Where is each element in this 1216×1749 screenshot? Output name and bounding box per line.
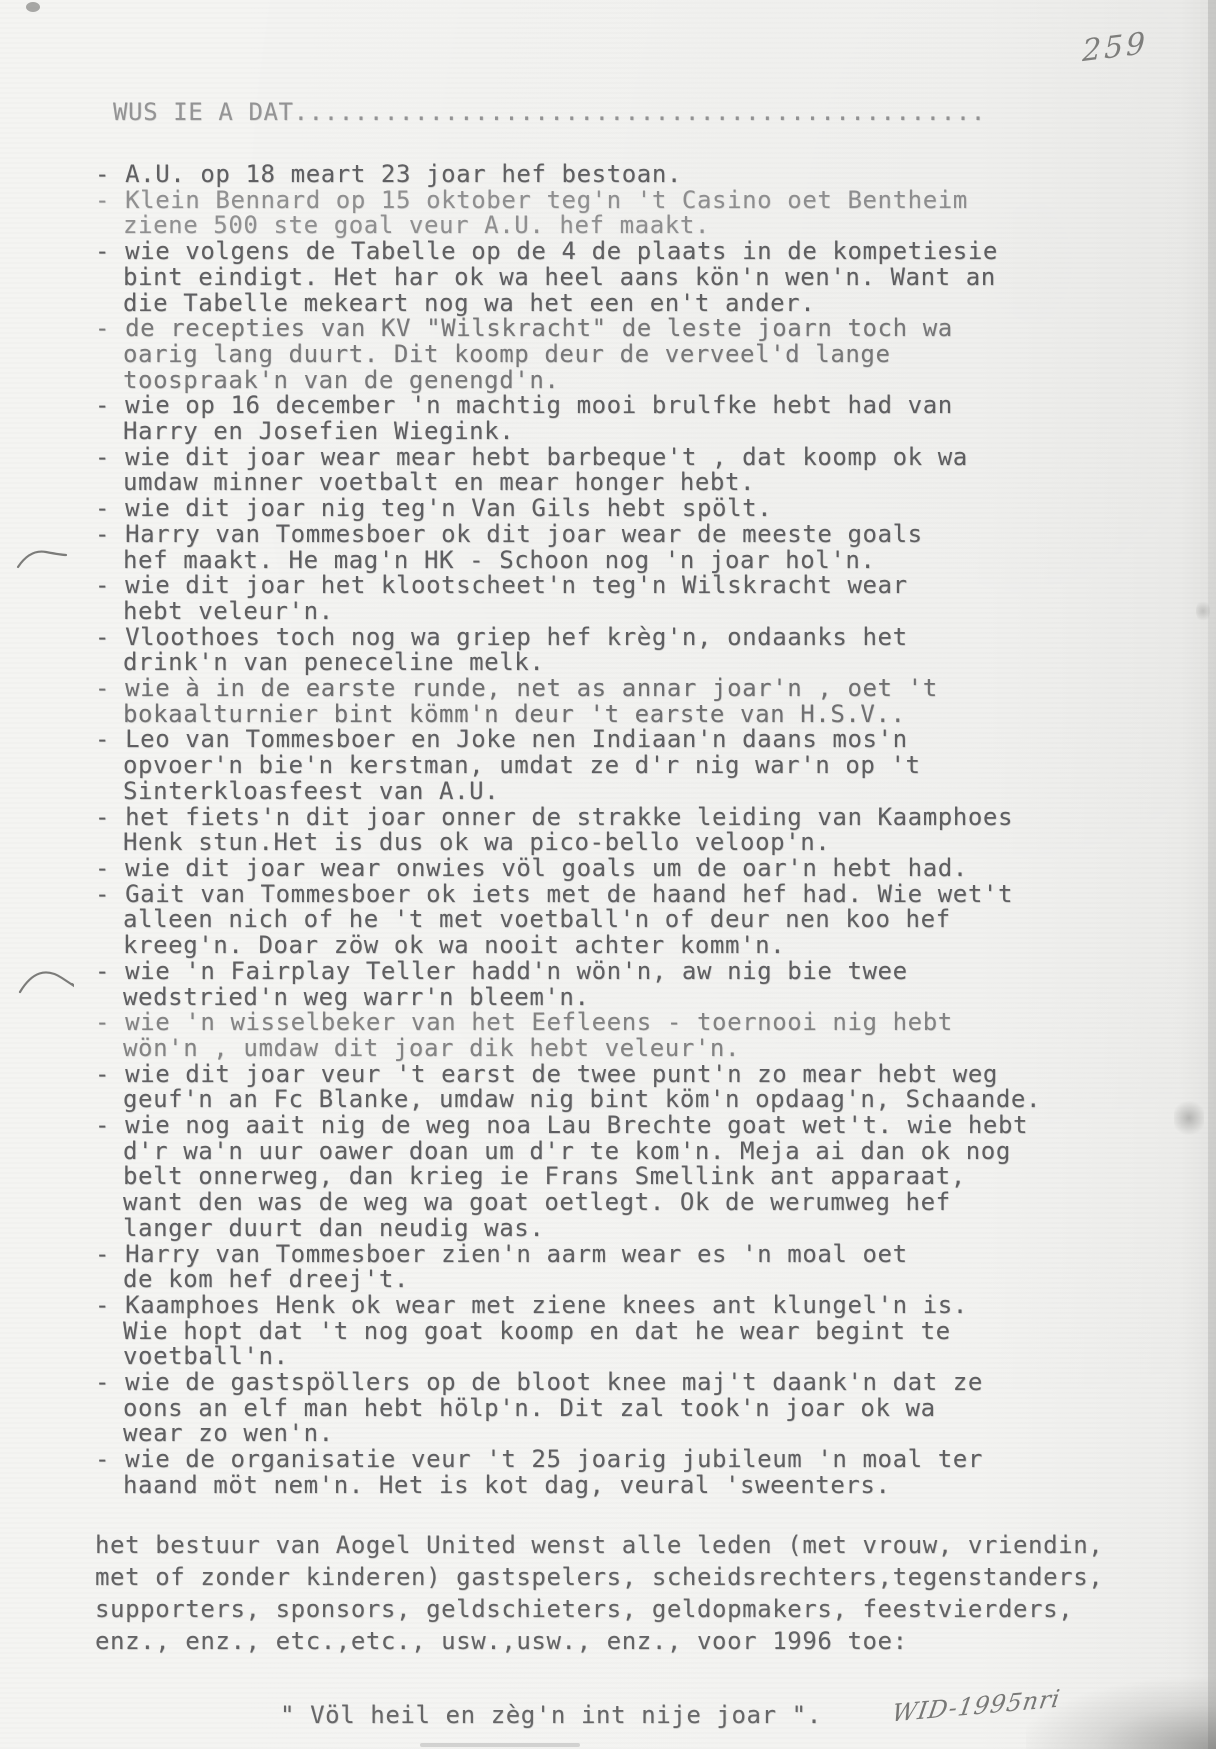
list-item: - wie dit joar wear onwies völ goals um … (95, 856, 1180, 882)
list-item: - Kaamphoes Henk ok wear met ziene knees… (95, 1293, 1180, 1370)
list-item: - Harry van Tommesboer zien'n aarm wear … (95, 1242, 1180, 1293)
closing-paragraph: het bestuur van Aogel United wenst alle … (95, 1529, 1180, 1657)
list-item: - wie à in de earste runde, net as annar… (95, 676, 1180, 727)
list-item: - wie dit joar wear mear hebt barbeque't… (95, 445, 1180, 496)
list-item: - Harry van Tommesboer ok dit joar wear … (95, 522, 1180, 573)
list-item: - wie 'n Fairplay Teller hadd'n wön'n, a… (95, 959, 1180, 1010)
pen-mark-curve-1 (16, 545, 68, 573)
document-title: WUS IE A DAT............................… (113, 98, 1180, 126)
list-item: - wie nog aait nig de weg noa Lau Brecht… (95, 1113, 1180, 1242)
list-item: - wie op 16 december 'n machtig mooi bru… (95, 393, 1180, 444)
scan-artifact-blob-small (1196, 600, 1210, 622)
list-item: - Gait van Tommesboer ok iets met de haa… (95, 882, 1180, 959)
list-item: - het fiets'n dit joar onner de strakke … (95, 805, 1180, 856)
scan-edge-shadow (1208, 0, 1216, 1749)
list-item: - wie dit joar het klootscheet'n teg'n W… (95, 573, 1180, 624)
handwritten-page-number: 259 (1082, 26, 1148, 69)
scanned-document-page: 259 WUS IE A DAT........................… (0, 0, 1216, 1749)
list-item: - Leo van Tommesboer en Joke nen Indiaan… (95, 727, 1180, 804)
scan-artifact-bottom (420, 1743, 580, 1747)
pen-mark-curve-2 (18, 966, 74, 996)
list-item: - Klein Bennard op 15 oktober teg'n 't C… (95, 188, 1180, 239)
list-item: - wie 'n wisselbeker van het Eefleens - … (95, 1010, 1180, 1061)
typewritten-text-block: WUS IE A DAT............................… (95, 98, 1180, 1729)
fact-list: - A.U. op 18 meart 23 joar hef bestoan.-… (95, 162, 1180, 1499)
list-item: - wie dit joar nig teg'n Van Gils hebt s… (95, 496, 1180, 522)
list-item: - wie volgens de Tabelle op de 4 de plaa… (95, 239, 1180, 316)
scan-artifact-topleft (26, 2, 40, 12)
list-item: - de recepties van KV "Wilskracht" de le… (95, 316, 1180, 393)
list-item: - wie dit joar veur 't earst de twee pun… (95, 1062, 1180, 1113)
list-item: - wie de organisatie veur 't 25 joarig j… (95, 1447, 1180, 1498)
list-item: - A.U. op 18 meart 23 joar hef bestoan. (95, 162, 1180, 188)
list-item: - Vloothoes toch nog wa griep hef krèg'n… (95, 625, 1180, 676)
list-item: - wie de gastspöllers op de bloot knee m… (95, 1370, 1180, 1447)
